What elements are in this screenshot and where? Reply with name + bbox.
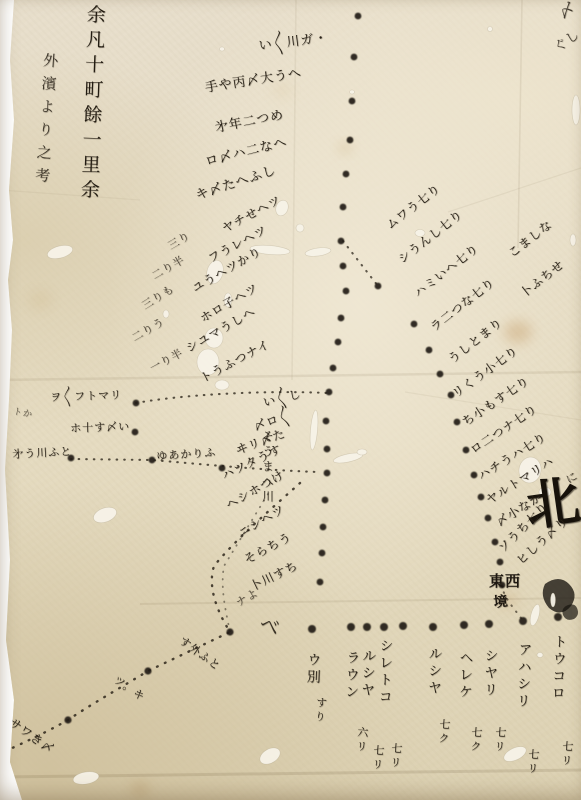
dist-2: 二り半 bbox=[150, 254, 187, 283]
label-t3: 㐧年二つめ bbox=[214, 109, 286, 137]
label-m1: ヲ〳〵フトマリ bbox=[50, 389, 122, 404]
station-ubetsu-distance: すり bbox=[312, 696, 327, 725]
label-m5: ゆあかりふ bbox=[156, 447, 217, 463]
corner-mark-2: ぐし bbox=[552, 28, 581, 56]
station-raun-distance: 六リ bbox=[354, 726, 368, 755]
boundary-label-sakai: 境 bbox=[493, 594, 510, 611]
station-shiretoko: シレトコ bbox=[376, 638, 393, 706]
station-shari: シヤリ bbox=[481, 648, 498, 699]
label-t1: い〳〵川ガ・ bbox=[258, 31, 329, 54]
station-rusha-distance: 七リ bbox=[370, 744, 384, 773]
label-t4: ロ〆ハ二なへ bbox=[204, 136, 289, 170]
station-hereke-distance: 七ク bbox=[468, 726, 482, 755]
label-c1: い〳〵し bbox=[262, 388, 303, 410]
marginal-note-primary: 余凡十町餘一里余 bbox=[77, 4, 105, 205]
label-e6: こましな bbox=[506, 218, 555, 261]
corner-mark-1: 〆 bbox=[556, 0, 579, 22]
station-shiretoko-distance: 七リ bbox=[388, 742, 402, 771]
station-ubetsu: ウ別 bbox=[304, 652, 321, 687]
label-e7: 卜ふちせ bbox=[518, 258, 567, 300]
station-hereke: ヘレケ bbox=[456, 650, 473, 701]
label-t2: 手や丙〆大うへ bbox=[204, 67, 303, 97]
label-b2: ツ。キ bbox=[111, 674, 147, 704]
station-abashiri: アハシリ bbox=[514, 642, 532, 711]
station-tokoro: トウコロ bbox=[549, 634, 567, 703]
label-m3: ホ十す〆い bbox=[70, 421, 130, 435]
dist-4: 二りう bbox=[130, 316, 167, 345]
station-tokoro-distance: 七リ bbox=[559, 740, 573, 769]
dist-1: 三り bbox=[166, 230, 193, 253]
manuscript-map: 余凡十町餘一里余 外濱より之考 北 東西 境 〆ぐしい〳〵川ガ・手や丙〆大うへ㐧… bbox=[0, 0, 581, 800]
labels-layer: 余凡十町餘一里余 外濱より之考 北 東西 境 〆ぐしい〳〵川ガ・手や丙〆大うへ㐧… bbox=[0, 0, 581, 800]
station-abashiri-distance: 七リ bbox=[525, 748, 539, 777]
dist-5: 一り半 bbox=[148, 347, 186, 375]
label-b1: す外ふと bbox=[177, 635, 223, 673]
label-b3: サワき〆 bbox=[6, 716, 56, 757]
boundary-label-east-west: 東西 bbox=[489, 573, 521, 590]
label-b4: ベ bbox=[256, 612, 283, 640]
marginal-note-secondary: 外濱より之考 bbox=[32, 52, 58, 191]
station-raun: ラウン bbox=[342, 650, 359, 702]
paper-sheet: 余凡十町餘一里余 外濱より之考 北 東西 境 〆ぐしい〳〵川ガ・手や丙〆大うへ㐧… bbox=[0, 0, 581, 800]
station-shari-distance: 七リ bbox=[492, 726, 506, 755]
label-m4: 㐧う川ふと bbox=[12, 446, 73, 461]
dist-3: 三りも bbox=[140, 283, 177, 313]
label-c10: ナよ bbox=[234, 587, 261, 610]
station-rusha: ルシヤ bbox=[358, 648, 375, 700]
station-rusha-west: ルシヤ bbox=[425, 646, 442, 697]
station-rusha-west-distance: 七ク bbox=[436, 718, 450, 747]
label-m2: トか bbox=[12, 407, 33, 420]
